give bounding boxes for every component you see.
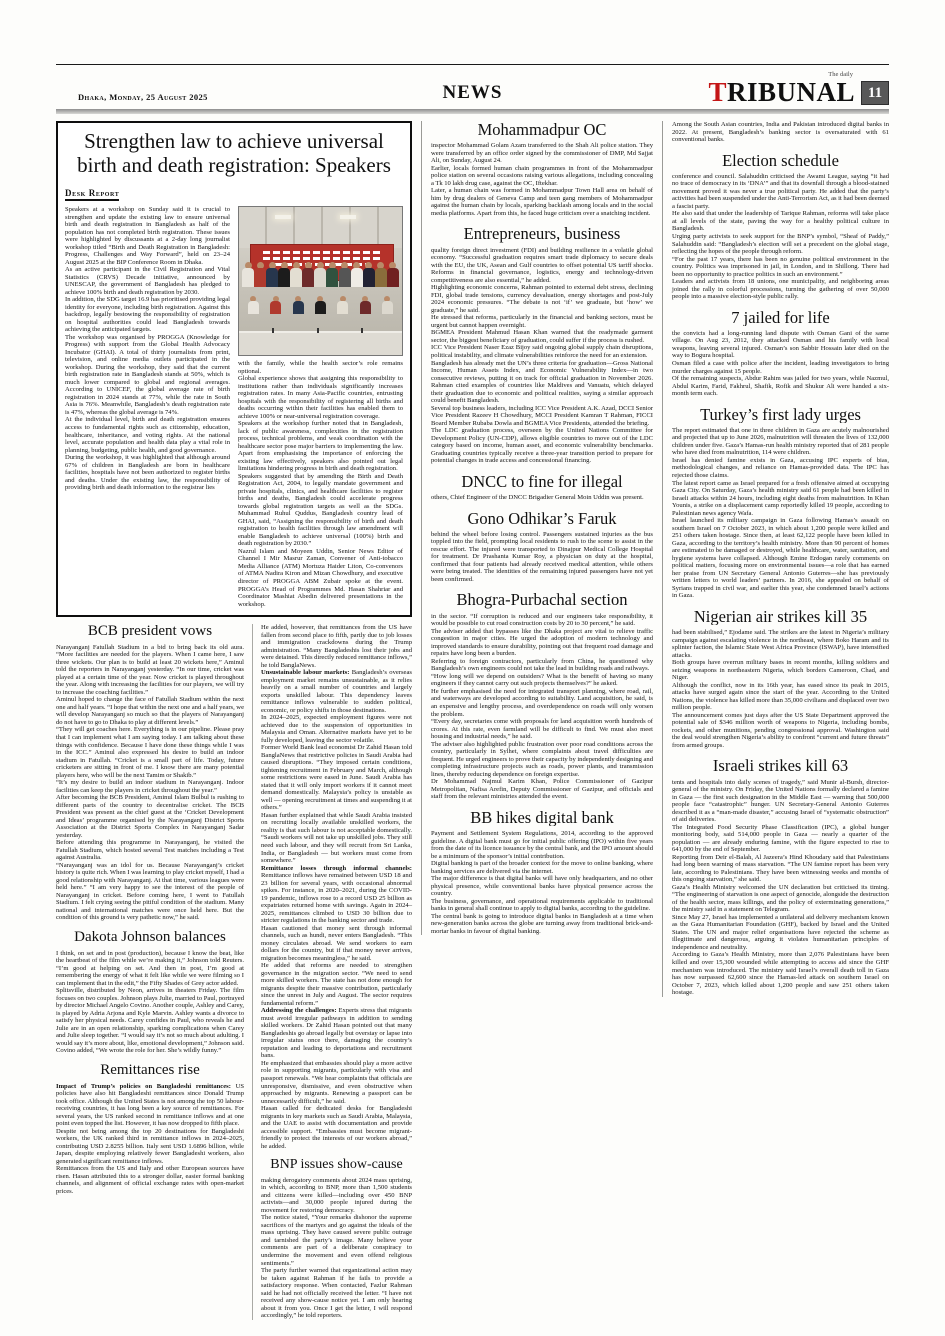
- paragraph: Speakers suggested that by amending the …: [238, 473, 403, 548]
- lead-article-col1: Speakers at a workshop on Sunday said it…: [65, 206, 230, 608]
- paragraph: Payment and Settlement System Regulation…: [431, 830, 653, 860]
- article-heading: BB hikes digital bank: [431, 809, 653, 826]
- article-heading: Nigerian air strikes kill 35: [672, 608, 889, 625]
- paragraph: Addressing the challenges: Experts stres…: [261, 1007, 412, 1060]
- paragraph: During the workshop, it was highlighted …: [65, 454, 230, 492]
- byline-row: Desk Report: [65, 183, 403, 201]
- paragraph: Reporting from Deir el-Balah, Al Jazeera…: [672, 854, 889, 884]
- masthead-initial: T: [708, 77, 727, 107]
- paragraph: making derogatory comments about 2024 ma…: [261, 1177, 412, 1215]
- person-figure: [363, 262, 375, 287]
- person-figure: [315, 296, 326, 314]
- lead-article-columns: Speakers at a workshop on Sunday said it…: [65, 206, 403, 608]
- paragraph: conference and council. Salahuddin criti…: [672, 173, 889, 211]
- paragraph: Unsustainable labour markets: Bangladesh…: [261, 669, 412, 714]
- paragraph: Among the South Asian countries, India a…: [672, 121, 889, 144]
- photo-people-standing: [242, 262, 399, 287]
- paragraph: He also said that under the leadership o…: [672, 210, 889, 233]
- paragraph: The major difference is that digital ban…: [431, 875, 653, 898]
- paragraph: Remittance losses through informal chann…: [261, 865, 412, 925]
- paragraph: The central bank is going to introduce d…: [431, 913, 653, 936]
- paragraph: Despite not being among the top 20 desti…: [56, 1128, 244, 1166]
- person-figure: [339, 262, 351, 287]
- left-column-a: BCB president vowsNarayanganj Fatullah S…: [56, 624, 252, 1195]
- article-heading: Gono Odhikar’s Faruk: [431, 510, 653, 527]
- person-figure: [266, 262, 278, 287]
- paragraph: The business, governance, and operationa…: [431, 898, 653, 913]
- page-header: Dhaka, Monday, 25 August 2025 NEWS The d…: [56, 64, 889, 106]
- article-heading: Entrepreneurs, business: [431, 225, 653, 242]
- lead-article-col2: with the family, while the health sector…: [238, 206, 403, 608]
- paragraph: had been stabilised,” Ejodame said. The …: [672, 629, 889, 659]
- page-number: 11: [861, 81, 889, 105]
- paragraph: Before attending this programme in Naray…: [56, 839, 244, 862]
- person-figure: [326, 262, 338, 287]
- person-figure: [290, 262, 302, 287]
- paragraph: “It’s my desire to build an indoor stadi…: [56, 779, 244, 794]
- paragraph: BGMEA President Mahmud Hasan Khan warned…: [431, 329, 653, 344]
- paragraph-lead: Remittance losses through informal chann…: [261, 865, 412, 872]
- masthead-rest: RIBUNAL: [727, 77, 855, 107]
- paragraph: The workshop was organised by PROGGA (Kn…: [65, 334, 230, 417]
- paragraph: He added, however, that remittances from…: [261, 624, 412, 669]
- paragraph: Former World Bank lead economist Dr Zahi…: [261, 744, 412, 812]
- microphone: [317, 328, 319, 333]
- paragraph: Both groups have overrun military bases …: [672, 659, 889, 682]
- person-figure: [314, 262, 326, 287]
- article-heading: Bhogra-Purbachal section: [431, 591, 653, 608]
- person-figure: [242, 262, 254, 287]
- photo-people-seated: [242, 296, 399, 314]
- article-heading: Remittances rise: [56, 1063, 244, 1079]
- paragraph: ICC Vice President Naser Ezaz Bijoy said…: [431, 344, 653, 359]
- newspaper-page: Dhaka, Monday, 25 August 2025 NEWS The d…: [0, 0, 945, 1336]
- paragraph: “For the past 17 years, there has been n…: [672, 256, 889, 279]
- header-divider: [56, 109, 889, 114]
- microphone: [272, 328, 274, 333]
- banner-text-line: [263, 257, 380, 260]
- person-figure: [278, 262, 290, 287]
- paragraph: Narayanganj Fatullah Stadium in a bid to…: [56, 644, 244, 697]
- middle-column: Mohammadpur OCinspector Mohammad Golam A…: [421, 121, 653, 935]
- paragraph: In addition, the SDG target 16.9 has pri…: [65, 296, 230, 334]
- article-heading: Mohammadpur OC: [431, 121, 653, 138]
- article-heading: Election schedule: [672, 152, 889, 169]
- person-figure: [382, 296, 393, 314]
- paragraph: The announcement comes just days after t…: [672, 712, 889, 750]
- person-figure: [360, 296, 371, 314]
- paragraph: Israel launched its military campaign in…: [672, 517, 889, 600]
- left-column-b: He added, however, that remittances from…: [252, 624, 412, 1320]
- paragraph: The adviser also highlighted public frus…: [431, 741, 653, 779]
- paragraph-lead: Addressing the challenges:: [261, 1007, 338, 1014]
- paragraph: At the individual level, birth and death…: [65, 416, 230, 454]
- paragraph-lead: Impact of Trump’s policies on Bangladesh…: [56, 1083, 236, 1090]
- paragraph: Highlighting economic concerns, Rahman p…: [431, 284, 653, 314]
- paragraph: “Narayanganj was an idol for us. Because…: [56, 862, 244, 922]
- paragraph: He emphasized that embassies should play…: [261, 1060, 412, 1105]
- paragraph: Aminul hoped to change the face of Fatul…: [56, 696, 244, 726]
- paragraph: tents and hospitals into daily scenes of…: [672, 779, 889, 824]
- paragraph: The latest report came as Israel prepare…: [672, 480, 889, 518]
- article-heading: DNCC to fine for illegal: [431, 473, 653, 490]
- paragraph: behind the wheel before losing control. …: [431, 531, 653, 584]
- person-figure: [270, 296, 281, 314]
- article-heading: 7 jailed for life: [672, 309, 889, 326]
- left-region: Strengthen law to achieve universal birt…: [56, 121, 412, 1320]
- paragraph: Several top business leaders, including …: [431, 405, 653, 428]
- person-figure: [337, 296, 348, 314]
- microphone: [361, 328, 363, 333]
- paragraph: Splitsville, distributed by Neon, arrive…: [56, 987, 244, 1055]
- paragraph: Bangladesh has already met the UN’s thre…: [431, 360, 653, 405]
- paragraph: Hasan cautioned that money sent through …: [261, 925, 412, 963]
- person-figure: [302, 262, 314, 287]
- page-content: Strengthen law to achieve universal birt…: [56, 121, 889, 1320]
- ceiling-light: [340, 215, 356, 219]
- paragraph: quality foreign direct investment (FDI) …: [431, 247, 653, 285]
- paragraph: “Every day, secretaries come with propos…: [431, 718, 653, 741]
- paragraph: in the sector. “If corruption is reduced…: [431, 613, 653, 628]
- paragraph: Dr Mohammad Najmul Karim Khan, Police Co…: [431, 778, 653, 801]
- paragraph: Later, a human chain was formed in Moham…: [431, 187, 653, 217]
- paragraph: Global experience shows that assigning t…: [238, 375, 403, 420]
- paragraph: Leaders and activists from 18 unions, on…: [672, 278, 889, 301]
- lead-article: Strengthen law to achieve universal birt…: [56, 121, 412, 617]
- paragraph: According to Gaza’s Health Ministry, mor…: [672, 951, 889, 996]
- paragraph: He added that reforms are needed to stre…: [261, 962, 412, 1007]
- paragraph: with the family, while the health sector…: [238, 360, 403, 375]
- photo-ceiling: [239, 207, 402, 248]
- paragraph: Nazrul Islam and Moyeen Uddin, Senior Ne…: [238, 548, 403, 608]
- workshop-photo: [238, 206, 403, 356]
- article-heading: Turkey’s first lady urges: [672, 406, 889, 423]
- lead-article-title: Strengthen law to achieve universal birt…: [71, 130, 397, 177]
- person-figure: [254, 262, 266, 287]
- article-heading: Israeli strikes kill 63: [672, 757, 889, 774]
- paragraph: As an active participant in the Civil Re…: [65, 266, 230, 296]
- person-figure: [375, 262, 387, 287]
- paragraph: The report estimated that one in three c…: [672, 427, 889, 457]
- paragraph: Although the conflict, now in its 16th y…: [672, 682, 889, 712]
- article-heading: BCB president vows: [56, 624, 244, 640]
- masthead: The daily TRIBUNAL: [708, 72, 855, 107]
- person-figure: [248, 296, 259, 314]
- article-heading: Dakota Johnson balances: [56, 930, 244, 946]
- paragraph: The LDC graduation process, overseen by …: [431, 427, 653, 465]
- paragraph: The notice stated, “Your remarks dishono…: [261, 1214, 412, 1267]
- paragraph: inspector Mohammad Golam Azam transferre…: [431, 142, 653, 165]
- paragraph: He stressed that reforms, particularly i…: [431, 314, 653, 329]
- paragraph: Urging party activists to seek support f…: [672, 233, 889, 256]
- photo-table: [239, 331, 402, 355]
- byline: Desk Report: [65, 188, 119, 201]
- paragraph: Hasan called for dedicated desks for Ban…: [261, 1105, 412, 1150]
- banner-text-line: [263, 251, 380, 254]
- person-figure: [351, 262, 363, 287]
- paragraph: others, Chief Engineer of the DNCC Briga…: [431, 494, 653, 502]
- ceiling-light: [275, 215, 291, 219]
- paragraph: the convicts had a long-running land dis…: [672, 330, 889, 360]
- paragraph: Impact of Trump’s policies on Bangladesh…: [56, 1083, 244, 1128]
- paragraph: Digital banking is part of the broader c…: [431, 860, 653, 875]
- paragraph: He further emphasised the need for integ…: [431, 688, 653, 718]
- paragraph: The adviser added that bypasses like the…: [431, 628, 653, 658]
- paragraph: The Integrated Food Security Phase Class…: [672, 824, 889, 854]
- paragraph: The party further warned that organizati…: [261, 1267, 412, 1320]
- paragraph: After becoming the BCB President, Aminul…: [56, 794, 244, 839]
- paragraph: Referring to foreign contractors, partic…: [431, 658, 653, 673]
- paragraph: Earlier, locals formed human chain progr…: [431, 165, 653, 188]
- paragraph: Speakers at a workshop on Sunday said it…: [65, 206, 230, 266]
- left-lower-columns: BCB president vowsNarayanganj Fatullah S…: [56, 624, 412, 1320]
- lead-article-col2-text: with the family, while the health sector…: [238, 360, 403, 608]
- paragraph: “How long will we depend on outsiders? W…: [431, 673, 653, 688]
- paragraph: Osman filed a case with police after the…: [672, 360, 889, 375]
- masthead-wordmark: TRIBUNAL: [708, 79, 855, 106]
- paragraph: Since May 27, Israel has implemented a u…: [672, 914, 889, 952]
- paragraph: I think, on set and in post (production)…: [56, 950, 244, 988]
- paragraph: Of the remaining suspects, Abdur Rahim w…: [672, 375, 889, 398]
- paragraph: Gaza’s Health Ministry welcomed the UN d…: [672, 884, 889, 914]
- person-figure: [387, 262, 399, 287]
- paragraph-lead: Unsustainable labour markets:: [261, 669, 352, 676]
- paragraph: Hasan further explained that while Saudi…: [261, 812, 412, 865]
- article-heading: BNP issues show-cause: [261, 1158, 412, 1173]
- paragraph: “They will get coaches here. Everything …: [56, 726, 244, 779]
- right-column: Among the South Asian countries, India a…: [662, 121, 889, 997]
- paragraph: Israel has denied famine exists in Gaza,…: [672, 457, 889, 480]
- person-figure: [293, 296, 304, 314]
- paragraph: Speakers at the workshop further noted t…: [238, 420, 403, 473]
- paragraph: In 2024–2025, expected employment figure…: [261, 714, 412, 744]
- paragraph: Remittances from the US and Italy and ot…: [56, 1165, 244, 1195]
